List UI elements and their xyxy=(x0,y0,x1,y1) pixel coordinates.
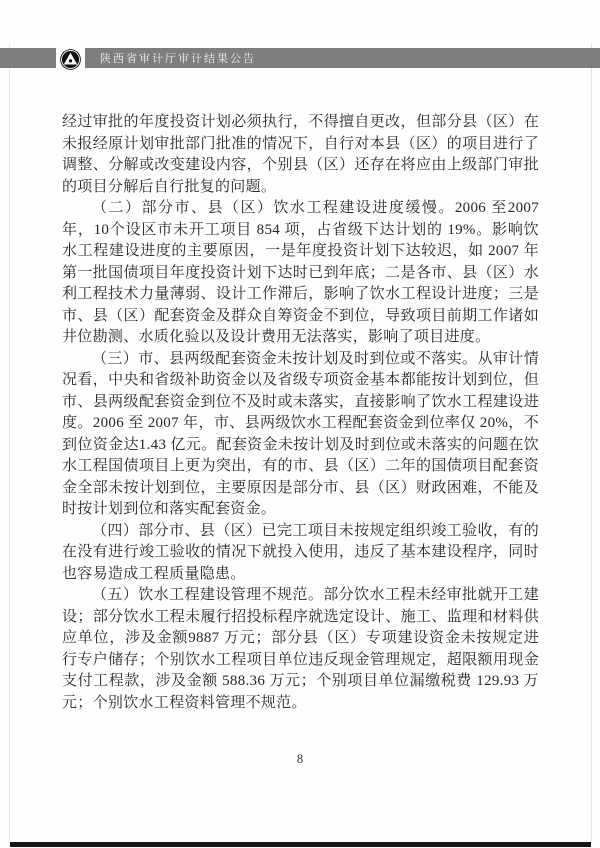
body-paragraph: （二）部分市、县（区）饮水工程建设进度缓慢。2006 至2007 年，10个设区… xyxy=(62,198,539,349)
body-paragraph: （三）市、县两级配套资金未按计划及时到位或不落实。从审计情况看，中央和省级补助资… xyxy=(62,349,539,521)
audit-office-logo xyxy=(56,44,85,74)
document-body: 经过审批的年度投资计划必须执行，不得擅自更改，但部分县（区）在未报经原计划审批部… xyxy=(62,112,539,714)
body-paragraph: （五）饮水工程建设管理不规范。部分饮水工程未经审批就开工建设；部分饮水工程未履行… xyxy=(62,585,539,714)
page-number: 8 xyxy=(0,752,600,767)
page-border-left xyxy=(9,44,10,840)
body-paragraph: 经过审批的年度投资计划必须执行，不得擅自更改，但部分县（区）在未报经原计划审批部… xyxy=(62,112,539,198)
audit-emblem-icon xyxy=(57,46,84,73)
header-title: 陕西省审计厅审计结果公告 xyxy=(100,50,256,66)
page-border-right xyxy=(591,44,592,840)
body-paragraph: （四）部分市、县（区）已完工项目未按规定组织竣工验收，有的在没有进行竣工验收的情… xyxy=(62,521,539,586)
header-bar: 陕西省审计厅审计结果公告 xyxy=(0,48,600,68)
footer-rule xyxy=(10,842,591,847)
document-page: 陕西省审计厅审计结果公告 经过审批的年度投资计划必须执行，不得擅自更改，但部分县… xyxy=(0,0,600,848)
